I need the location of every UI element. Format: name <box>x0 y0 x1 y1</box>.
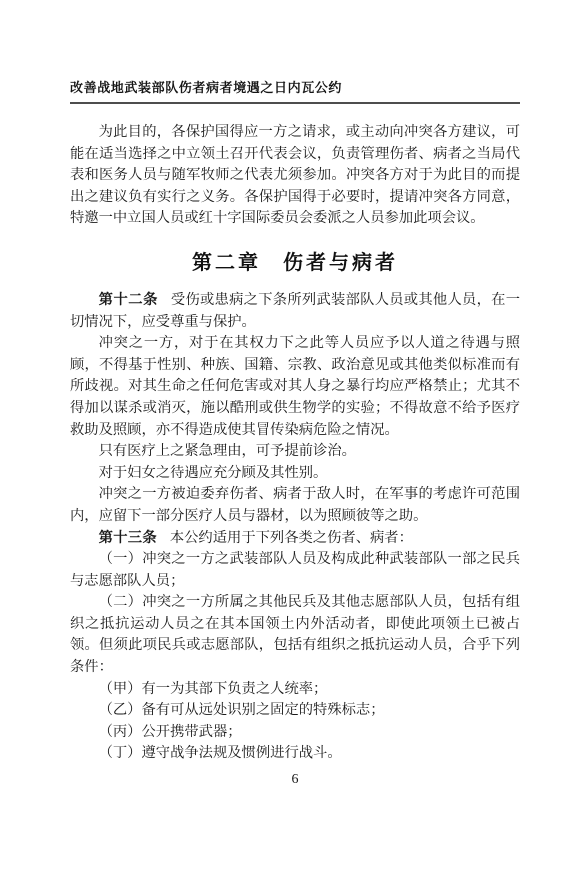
intro-paragraphs: 为此目的，各保护国得应一方之请求，或主动向冲突各方建议，可能在适当选择之中立领土… <box>70 122 520 230</box>
paragraph: （甲）有一为其部下负责之人统率； <box>70 679 520 701</box>
paragraph: （二）冲突之一方所属之其他民兵及其他志愿部队人员，包括有组织之抵抗运动人员之在其… <box>70 592 520 678</box>
header-rule <box>70 102 520 104</box>
paragraph: 冲突之一方，对于在其权力下之此等人员应予以人道之待遇与照顾，不得基于性别、种族、… <box>70 333 520 441</box>
chapter-paragraphs: 第十二条受伤或患病之下条所列武装部队人员或其他人员，在一切情况下，应受尊重与保护… <box>70 290 520 765</box>
chapter-title: 伤者与病者 <box>283 252 398 274</box>
document-content: 为此目的，各保护国得应一方之请求，或主动向冲突各方建议，可能在适当选择之中立领土… <box>70 122 520 765</box>
paragraph: 第十三条本公约适用于下列各类之伤者、病者： <box>70 528 520 550</box>
paragraph: 第十二条受伤或患病之下条所列武装部队人员或其他人员，在一切情况下，应受尊重与保护… <box>70 290 520 333</box>
paragraph: 为此目的，各保护国得应一方之请求，或主动向冲突各方建议，可能在适当选择之中立领土… <box>70 122 520 230</box>
paragraph: （乙）备有可从远处识别之固定的特殊标志； <box>70 700 520 722</box>
chapter-heading: 第二章伤者与病者 <box>70 252 520 274</box>
article-label: 第十二条 <box>99 292 158 308</box>
paragraph: （一）冲突之一方之武装部队人员及构成此种武装部队一部之民兵与志愿部队人员； <box>70 549 520 592</box>
paragraph: 对于妇女之待遇应充分顾及其性别。 <box>70 463 520 485</box>
chapter-number: 第二章 <box>192 252 261 274</box>
paragraph: （丁）遵守战争法规及惯例进行战斗。 <box>70 743 520 765</box>
paragraph: 只有医疗上之紧急理由，可予提前诊治。 <box>70 441 520 463</box>
article-label: 第十三条 <box>99 530 157 546</box>
page-number: 6 <box>70 772 520 788</box>
document-title: 改善战地武装部队伤者病者境遇之日内瓦公约 <box>70 80 520 96</box>
document-page: 改善战地武装部队伤者病者境遇之日内瓦公约 为此目的，各保护国得应一方之请求，或主… <box>0 0 586 869</box>
running-header: 改善战地武装部队伤者病者境遇之日内瓦公约 <box>70 80 520 112</box>
paragraph: 冲突之一方被迫委弃伤者、病者于敌人时，在军事的考虑许可范围内，应留下一部分医疗人… <box>70 484 520 527</box>
paragraph: （丙）公开携带武器； <box>70 722 520 744</box>
